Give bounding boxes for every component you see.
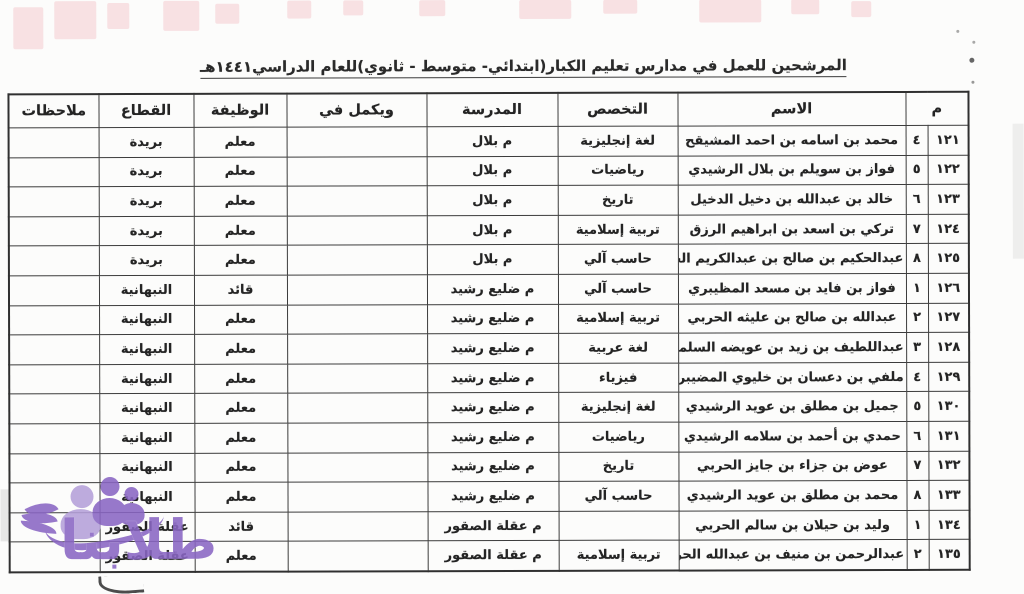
cell-completes-in bbox=[287, 363, 427, 393]
cell-job: معلم bbox=[195, 541, 288, 571]
column-header-number: م bbox=[905, 92, 968, 126]
cell-serial-number: ١٣٣ bbox=[928, 480, 969, 510]
table-body: ١٢١ ٤ محمد بن اسامه بن احمد المشيقح لغة … bbox=[9, 125, 970, 572]
cell-completes-in bbox=[287, 156, 427, 186]
cell-completes-in bbox=[287, 127, 427, 157]
cell-serial-number: ١٢٨ bbox=[928, 332, 969, 362]
cell-serial-number: ١٢٩ bbox=[928, 362, 969, 392]
table-row: ١٢٩ ٤ ملفي بن دعسان بن خليوي المضيبري في… bbox=[9, 362, 969, 394]
cell-notes bbox=[9, 187, 99, 217]
cell-serial-number: ١٣٢ bbox=[928, 451, 969, 481]
cell-notes bbox=[9, 335, 99, 365]
header-row: م الاسم التخصص المدرسة ويكمل في الوظيفة … bbox=[8, 92, 968, 128]
cell-specialization: رياضيات bbox=[558, 422, 678, 452]
cell-sub-number: ٦ bbox=[906, 421, 928, 451]
table-row: ١٢٥ ٨ عبدالحكيم بن صالح بن عبدالكريم الح… bbox=[9, 244, 969, 276]
cell-completes-in bbox=[287, 275, 427, 305]
cell-name: فواز بن فايد بن مسعد المظيبري bbox=[678, 273, 906, 303]
table-row: ١٢١ ٤ محمد بن اسامه بن احمد المشيقح لغة … bbox=[9, 125, 969, 157]
cell-specialization bbox=[559, 511, 679, 541]
cell-sub-number: ٣ bbox=[906, 333, 928, 363]
cell-notes bbox=[10, 542, 100, 572]
cell-sub-number: ٥ bbox=[906, 392, 928, 422]
cell-completes-in bbox=[287, 452, 427, 482]
cell-specialization: لغة إنجليزية bbox=[558, 126, 678, 156]
table-row: ١٣٤ ١ وليد بن حيلان بن سالم الحربي م عقل… bbox=[10, 510, 970, 542]
cell-job: معلم bbox=[194, 334, 287, 364]
column-header-notes: ملاحظات bbox=[8, 94, 98, 128]
cell-school: م ضليع رشيد bbox=[427, 422, 558, 452]
cell-sector: النبهانية bbox=[99, 275, 194, 305]
document-title: المرشحين للعمل في مدارس تعليم الكبار(ابت… bbox=[187, 56, 859, 79]
cell-sub-number: ١ bbox=[907, 510, 929, 540]
roster-table: م الاسم التخصص المدرسة ويكمل في الوظيفة … bbox=[7, 91, 970, 573]
table-row: ١٣٣ ٨ محمد بن مطلق بن عويد الرشيدي حاسب … bbox=[9, 480, 969, 512]
cell-name: محمد بن مطلق بن عويد الرشيدي bbox=[678, 481, 906, 511]
cell-sector: عقلة الصقور bbox=[100, 542, 195, 572]
cell-school: م ضليع رشيد bbox=[427, 393, 558, 423]
cell-sub-number: ٧ bbox=[906, 214, 928, 244]
cell-notes bbox=[9, 364, 99, 394]
table-row: ١٢٢ ٥ فواز بن سويلم بن بلال الرشيدي رياض… bbox=[9, 155, 969, 187]
cell-sector: عقلة الصقور bbox=[100, 512, 195, 542]
cell-specialization: تاريخ bbox=[558, 185, 678, 215]
cell-name: خالد بن عبدالله بن دخيل الدخيل bbox=[678, 185, 906, 215]
cell-notes bbox=[9, 394, 99, 424]
cell-serial-number: ١٢٧ bbox=[928, 303, 969, 333]
table-row: ١٢٤ ٧ تركي بن اسعد بن ابراهيم الرزق تربي… bbox=[9, 214, 969, 246]
cell-completes-in bbox=[288, 541, 428, 571]
cell-serial-number: ١٣٤ bbox=[929, 510, 970, 540]
cell-school: م بلال bbox=[427, 245, 558, 275]
cell-completes-in bbox=[288, 511, 428, 541]
cell-job: معلم bbox=[194, 364, 287, 394]
cell-job: معلم bbox=[194, 245, 287, 275]
cell-school: م ضليع رشيد bbox=[427, 304, 558, 334]
cell-notes bbox=[9, 453, 99, 483]
cell-sector: النبهانية bbox=[99, 394, 194, 424]
cell-specialization: رياضيات bbox=[558, 156, 678, 186]
cell-specialization: تاريخ bbox=[558, 452, 678, 482]
cell-name: جميل بن مطلق بن عويد الرشيدي bbox=[678, 392, 906, 422]
cell-name: عوض بن جزاء بن جايز الحربي bbox=[678, 451, 906, 481]
cell-specialization: تربية إسلامية bbox=[558, 304, 678, 334]
cell-notes bbox=[9, 276, 99, 306]
cell-serial-number: ١٢٦ bbox=[928, 273, 969, 303]
cell-sub-number: ٤ bbox=[906, 362, 928, 392]
cell-school: م عقلة الصقور bbox=[428, 511, 559, 541]
cell-sub-number: ٢ bbox=[906, 303, 928, 333]
cell-serial-number: ١٢٢ bbox=[928, 155, 969, 185]
cell-school: م ضليع رشيد bbox=[427, 482, 558, 512]
cell-job: معلم bbox=[194, 305, 287, 335]
cell-specialization: فيزياء bbox=[558, 363, 678, 393]
cell-notes bbox=[9, 483, 99, 513]
cell-sector: بريدة bbox=[99, 157, 194, 187]
cell-specialization: حاسب آلي bbox=[558, 244, 678, 274]
table-row: ١٣١ ٦ حمدي بن أحمد بن سلامه الرشيدي رياض… bbox=[9, 421, 969, 453]
cell-job: معلم bbox=[194, 393, 287, 423]
cell-job: معلم bbox=[194, 453, 287, 483]
cell-sub-number: ٧ bbox=[906, 451, 928, 481]
cell-sub-number: ٥ bbox=[906, 155, 928, 185]
cell-specialization: تربية إسلامية bbox=[558, 215, 678, 245]
cell-specialization: لغة عربية bbox=[558, 333, 678, 363]
cell-sector: بريدة bbox=[99, 187, 194, 217]
cell-sector: النبهانية bbox=[99, 453, 194, 483]
cell-job: معلم bbox=[194, 216, 287, 246]
column-header-specialization: التخصص bbox=[557, 93, 677, 127]
cell-school: م ضليع رشيد bbox=[427, 452, 558, 482]
cell-name: عبدالرحمن بن منيف بن عبدالله الحربي bbox=[679, 540, 907, 571]
cell-sector: بريدة bbox=[99, 127, 194, 157]
pen-mark-artifact bbox=[98, 573, 144, 594]
column-header-school: المدرسة bbox=[426, 93, 557, 127]
cell-notes bbox=[9, 246, 99, 276]
cell-serial-number: ١٢٥ bbox=[928, 244, 969, 274]
table-row: ١٣٠ ٥ جميل بن مطلق بن عويد الرشيدي لغة إ… bbox=[9, 392, 969, 424]
table-row: ١٢٨ ٣ عبداللطيف بن زيد بن عويضه السلمي ل… bbox=[9, 332, 969, 364]
cell-job: معلم bbox=[194, 186, 287, 216]
cell-job: قائد bbox=[194, 275, 287, 305]
cell-school: م بلال bbox=[427, 186, 558, 216]
cell-job: معلم bbox=[194, 127, 287, 157]
cell-serial-number: ١٢١ bbox=[928, 125, 969, 155]
cell-school: م ضليع رشيد bbox=[427, 334, 558, 364]
cell-specialization: حاسب آلي bbox=[558, 274, 678, 304]
cell-sub-number: ٨ bbox=[906, 244, 928, 274]
cell-job: معلم bbox=[194, 482, 287, 512]
cell-serial-number: ١٣٥ bbox=[929, 540, 970, 570]
table-row: ١٣٢ ٧ عوض بن جزاء بن جايز الحربي تاريخ م… bbox=[9, 451, 969, 483]
cell-school: م ضليع رشيد bbox=[427, 363, 558, 393]
cell-name: حمدي بن أحمد بن سلامه الرشيدي bbox=[678, 421, 906, 451]
cell-school: م ضليع رشيد bbox=[427, 274, 558, 304]
cell-serial-number: ١٢٤ bbox=[928, 214, 969, 244]
cell-sector: النبهانية bbox=[99, 305, 194, 335]
scan-artifact-pink bbox=[0, 0, 1023, 1]
cell-school: م بلال bbox=[427, 156, 558, 186]
cell-notes bbox=[9, 424, 99, 454]
cell-name: فواز بن سويلم بن بلال الرشيدي bbox=[678, 155, 906, 185]
cell-name: وليد بن حيلان بن سالم الحربي bbox=[679, 510, 907, 540]
cell-sector: بريدة bbox=[99, 246, 194, 276]
cell-sub-number: ٢ bbox=[907, 540, 929, 570]
cell-specialization: تربية إسلامية bbox=[559, 540, 679, 570]
table-row: ١٢٧ ٢ عبدالله بن صالح بن عليثه الحربي تر… bbox=[9, 303, 969, 335]
cell-specialization: حاسب آلي bbox=[558, 481, 678, 511]
cell-specialization: لغة إنجليزية bbox=[558, 392, 678, 422]
cell-notes bbox=[9, 216, 99, 246]
cell-job: معلم bbox=[194, 157, 287, 187]
cell-completes-in bbox=[287, 334, 427, 364]
cell-school: م بلال bbox=[427, 126, 558, 156]
cell-sector: النبهانية bbox=[99, 334, 194, 364]
cell-name: عبدالحكيم بن صالح بن عبدالكريم الحربي bbox=[678, 244, 906, 274]
table-row: ١٣٥ ٢ عبدالرحمن بن منيف بن عبدالله الحرب… bbox=[10, 540, 970, 573]
cell-serial-number: ١٢٣ bbox=[928, 184, 969, 214]
cell-sub-number: ١ bbox=[906, 273, 928, 303]
cell-sub-number: ٦ bbox=[906, 185, 928, 215]
cell-sector: النبهانية bbox=[99, 364, 194, 394]
cell-completes-in bbox=[287, 304, 427, 334]
cell-notes bbox=[9, 157, 99, 187]
cell-completes-in bbox=[287, 216, 427, 246]
cell-completes-in bbox=[287, 423, 427, 453]
cell-name: عبدالله بن صالح بن عليثه الحربي bbox=[678, 303, 906, 333]
cell-name: محمد بن اسامه بن احمد المشيقح bbox=[678, 125, 906, 155]
cell-serial-number: ١٣٠ bbox=[928, 392, 969, 422]
column-header-name: الاسم bbox=[677, 92, 905, 126]
cell-completes-in bbox=[287, 186, 427, 216]
cell-sector: النبهانية bbox=[99, 482, 194, 512]
column-header-job: الوظيفة bbox=[193, 94, 286, 128]
cell-school: م بلال bbox=[427, 215, 558, 245]
cell-name: ملفي بن دعسان بن خليوي المضيبري bbox=[678, 362, 906, 392]
cell-name: عبداللطيف بن زيد بن عويضه السلمي bbox=[678, 333, 906, 363]
column-header-sector: القطاع bbox=[98, 94, 193, 128]
cell-name: تركي بن اسعد بن ابراهيم الرزق bbox=[678, 214, 906, 244]
cell-notes bbox=[9, 305, 99, 335]
scanned-document: المرشحين للعمل في مدارس تعليم الكبار(ابت… bbox=[0, 0, 1024, 594]
cell-job: قائد bbox=[195, 512, 288, 542]
table-row: ١٢٣ ٦ خالد بن عبدالله بن دخيل الدخيل تار… bbox=[9, 184, 969, 216]
cell-notes bbox=[10, 512, 100, 542]
cell-sector: النبهانية bbox=[99, 423, 194, 453]
cell-completes-in bbox=[287, 245, 427, 275]
cell-notes bbox=[9, 128, 99, 158]
cell-completes-in bbox=[287, 482, 427, 512]
cell-serial-number: ١٣١ bbox=[928, 421, 969, 451]
table-row: ١٢٦ ١ فواز بن فايد بن مسعد المظيبري حاسب… bbox=[9, 273, 969, 305]
cell-sector: بريدة bbox=[99, 216, 194, 246]
column-header-completes-in: ويكمل في bbox=[286, 93, 426, 127]
scan-edge-smudge bbox=[1013, 124, 1024, 259]
cell-sub-number: ٤ bbox=[906, 125, 928, 155]
cell-sub-number: ٨ bbox=[906, 481, 928, 511]
cell-job: معلم bbox=[194, 423, 287, 453]
cell-school: م عقلة الصقور bbox=[428, 541, 559, 571]
cell-completes-in bbox=[287, 393, 427, 423]
